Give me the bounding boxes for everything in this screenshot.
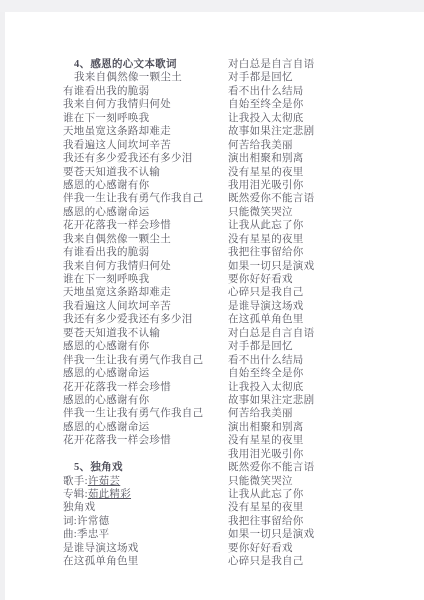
lyric-line: 我来自偶然像一颗尘土 bbox=[63, 71, 225, 84]
lyric-line: 我用泪光吸引你 bbox=[228, 448, 398, 461]
lyric-line: 曲:季忠平 bbox=[63, 528, 225, 541]
lyric-line: 要苍天知道我不认输 bbox=[63, 327, 225, 340]
lyric-line: 伴我一生让我有勇气作我自己 bbox=[63, 192, 225, 205]
lyric-line: 对手都是回忆 bbox=[228, 340, 398, 353]
lyric-line: 何苦给我美丽 bbox=[228, 139, 398, 152]
lyric-line: 要你好好看戏 bbox=[228, 273, 398, 286]
lyric-line: 感恩的心感谢有你 bbox=[63, 340, 225, 353]
document-page: 4、感恩的心文本歌词我来自偶然像一颗尘土有谁看出我的脆弱我来自何方我情归何处谁在… bbox=[5, 12, 424, 600]
lyric-line: 我用泪光吸引你 bbox=[228, 179, 398, 192]
lyric-line: 在这孤单角色里 bbox=[63, 555, 225, 568]
lyric-line: 有谁看出我的脆弱 bbox=[63, 246, 225, 259]
lyric-line: 花开花落我一样会珍惜 bbox=[63, 219, 225, 232]
lyric-line: 让我投入太彻底 bbox=[228, 112, 398, 125]
lyric-line: 在这孤单角色里 bbox=[228, 313, 398, 326]
lyric-line: 让我从此忘了你 bbox=[228, 488, 398, 501]
lyric-line: 是谁导演这场戏 bbox=[228, 300, 398, 313]
lyric-line: 要你好好看戏 bbox=[228, 542, 398, 555]
lyric-line: 是谁导演这场戏 bbox=[63, 542, 225, 555]
lyric-line: 感恩的心感谢命运 bbox=[63, 367, 225, 380]
lyric-line: 自始至终全是你 bbox=[228, 98, 398, 111]
lyric-line: 如果一切只是演戏 bbox=[228, 528, 398, 541]
lyric-line: 对白总是自言自语 bbox=[228, 58, 398, 71]
lyric-line: 谁在下一刻呼唤我 bbox=[63, 112, 225, 125]
lyric-line: 感恩的心感谢有你 bbox=[63, 179, 225, 192]
field-label: 歌手: bbox=[63, 476, 88, 487]
lyric-line: 对白总是自言自语 bbox=[228, 327, 398, 340]
lyric-line: 花开花落我一样会珍惜 bbox=[63, 381, 225, 394]
lyric-line: 要苍天知道我不认输 bbox=[63, 166, 225, 179]
lyric-line: 我还有多少爱我还有多少泪 bbox=[63, 152, 225, 165]
lyric-line: 让我从此忘了你 bbox=[228, 219, 398, 232]
lyric-line: 我来自偶然像一颗尘土 bbox=[63, 233, 225, 246]
lyric-line: 我把往事留给你 bbox=[228, 515, 398, 528]
lyric-line: 心碎只是我自己 bbox=[228, 286, 398, 299]
lyric-line: 伴我一生让我有勇气作我自己 bbox=[63, 407, 225, 420]
lyric-line: 没有星星的夜里 bbox=[228, 233, 398, 246]
lyric-line: 没有星星的夜里 bbox=[228, 501, 398, 514]
lyric-line: 感恩的心感谢命运 bbox=[63, 421, 225, 434]
lyric-line: 伴我一生让我有勇气作我自己 bbox=[63, 354, 225, 367]
lyric-line: 看不出什么结局 bbox=[228, 85, 398, 98]
hyperlink[interactable]: 许茹芸 bbox=[88, 476, 120, 487]
field-label: 专辑: bbox=[63, 489, 88, 500]
lyric-line: 何苦给我美丽 bbox=[228, 407, 398, 420]
lyric-line: 谁在下一刻呼唤我 bbox=[63, 273, 225, 286]
lyric-line: 演出相聚和别离 bbox=[228, 421, 398, 434]
lyric-line: 既然爱你不能言语 bbox=[228, 461, 398, 474]
song-title: 5、独角戏 bbox=[63, 461, 225, 474]
lyric-line: 没有星星的夜里 bbox=[228, 166, 398, 179]
lyric-line: 感恩的心感谢有你 bbox=[63, 394, 225, 407]
lyric-line: 专辑:茹此精彩 bbox=[63, 488, 225, 501]
lyric-line: 看不出什么结局 bbox=[228, 354, 398, 367]
lyric-line: 天地虽宽这条路却难走 bbox=[63, 125, 225, 138]
lyric-line: 我看遍这人间坎坷辛苦 bbox=[63, 139, 225, 152]
lyric-line: 独角戏 bbox=[63, 501, 225, 514]
window-top-band bbox=[0, 0, 424, 12]
lyric-line: 故事如果注定悲剧 bbox=[228, 125, 398, 138]
lyric-line: 我看遍这人间坎坷辛苦 bbox=[63, 300, 225, 313]
lyric-line: 故事如果注定悲剧 bbox=[228, 394, 398, 407]
lyric-line: 没有星星的夜里 bbox=[228, 434, 398, 447]
lyric-line: 演出相聚和别离 bbox=[228, 152, 398, 165]
blank-line bbox=[63, 448, 225, 461]
lyric-line: 让我投入太彻底 bbox=[228, 381, 398, 394]
lyric-line: 我来自何方我情归何处 bbox=[63, 98, 225, 111]
lyric-line: 我把往事留给你 bbox=[228, 246, 398, 259]
lyric-line: 天地虽宽这条路却难走 bbox=[63, 286, 225, 299]
lyric-line: 感恩的心感谢命运 bbox=[63, 206, 225, 219]
lyric-line: 如果一切只是演戏 bbox=[228, 260, 398, 273]
hyperlink[interactable]: 茹此精彩 bbox=[88, 489, 131, 500]
lyric-line: 既然爱你不能言语 bbox=[228, 192, 398, 205]
lyric-line: 词:许常德 bbox=[63, 515, 225, 528]
lyric-line: 有谁看出我的脆弱 bbox=[63, 85, 225, 98]
lyric-line: 我来自何方我情归何处 bbox=[63, 260, 225, 273]
lyric-line: 花开花落我一样会珍惜 bbox=[63, 434, 225, 447]
lyrics-column-left: 4、感恩的心文本歌词我来自偶然像一颗尘土有谁看出我的脆弱我来自何方我情归何处谁在… bbox=[63, 58, 225, 569]
lyric-line: 对手都是回忆 bbox=[228, 71, 398, 84]
lyric-line: 歌手:许茹芸 bbox=[63, 475, 225, 488]
lyric-line: 心碎只是我自己 bbox=[228, 555, 398, 568]
lyric-line: 自始至终全是你 bbox=[228, 367, 398, 380]
lyric-line: 我还有多少爱我还有多少泪 bbox=[63, 313, 225, 326]
lyric-line: 只能微笑哭泣 bbox=[228, 475, 398, 488]
lyric-line: 只能微笑哭泣 bbox=[228, 206, 398, 219]
lyrics-column-right: 对白总是自言自语对手都是回忆看不出什么结局自始至终全是你让我投入太彻底故事如果注… bbox=[228, 58, 398, 569]
song-title: 4、感恩的心文本歌词 bbox=[63, 58, 225, 71]
